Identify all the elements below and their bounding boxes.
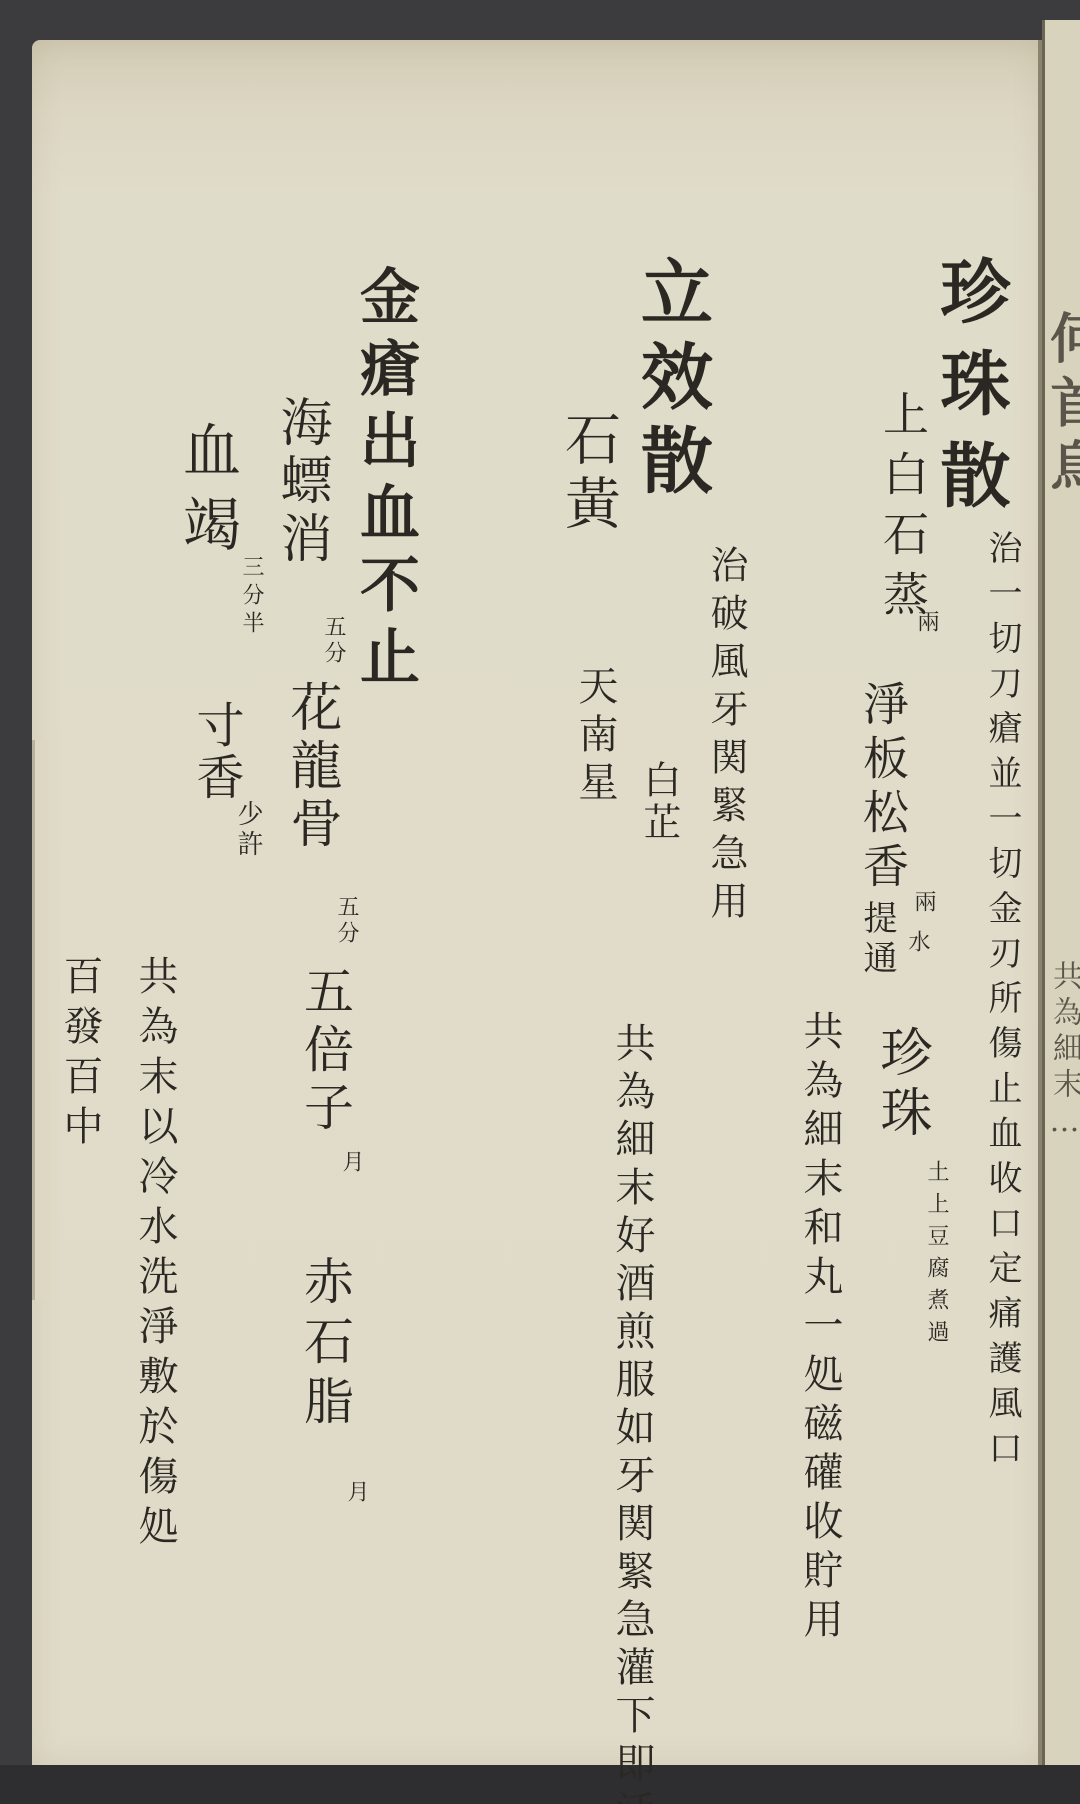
ingredient-quantity: 五分 [335, 895, 357, 947]
ingredient-name: 五倍子 [300, 965, 350, 1139]
recipe-preparation: 共為細末和丸一処磁礶收貯用 [800, 1010, 840, 1647]
next-page-edge: 何首烏 共為細末… [1042, 20, 1080, 1765]
ingredient-name: 淨板松香 [860, 680, 906, 896]
ingredient-quantity: 月 [345, 1480, 367, 1506]
ingredient-quantity: 兩 [912, 890, 934, 916]
ingredient-name: 寸香 [192, 700, 240, 804]
ingredient-name: 天南星 [575, 665, 615, 809]
ingredient-name: 赤石脂 [300, 1255, 350, 1435]
next-page-text: 共為細末… [1049, 960, 1079, 1145]
scan-background-bottom [0, 1765, 1080, 1804]
recipe-indication: 治破風牙関緊急用 [707, 545, 745, 929]
ingredient-quantity: 五分 [322, 615, 344, 667]
recipe-preparation: 共為細末好酒煎服如牙関緊急灌下即活 [612, 1022, 652, 1672]
recipe-title: 珍珠散 [935, 255, 1005, 531]
ingredient-name: 白芷 [640, 760, 678, 844]
recipe-remark: 百發百中 [60, 955, 100, 1155]
ingredient-name: 石黃 [560, 410, 616, 538]
ingredient-name: 血竭 [178, 420, 236, 568]
recipe-indication: 治一切刀瘡並一切金刃所傷止血收口定痛護風口 [985, 530, 1019, 1475]
ingredient-name: 海螵消 [275, 395, 327, 569]
book-spine-line [1038, 40, 1042, 1765]
ingredient-name: 花龍骨 [285, 680, 337, 854]
ingredient-quantity: 三分半 [240, 555, 262, 639]
ingredient-name: 上白石蒸 [880, 390, 926, 630]
ingredient-name: 提通 [860, 900, 894, 980]
ingredient-quantity: 月 [340, 1150, 362, 1176]
ingredient-quantity: 兩 [915, 610, 937, 636]
ingredient-quantity: 水 [906, 930, 928, 956]
recipe-preparation: 共為末以冷水洗淨敷於傷処 [135, 955, 175, 1555]
page-torn-edge [32, 740, 49, 1300]
next-page-title: 何首烏 [1047, 310, 1080, 502]
recipe-title: 金瘡出血不止 [355, 265, 415, 697]
ingredient-quantity: 土上豆腐煮過 [925, 1160, 947, 1352]
recipe-title: 立效散 [635, 255, 707, 507]
ingredient-quantity: 少許 [235, 800, 261, 860]
ingredient-name: 珍珠 [875, 1025, 927, 1145]
